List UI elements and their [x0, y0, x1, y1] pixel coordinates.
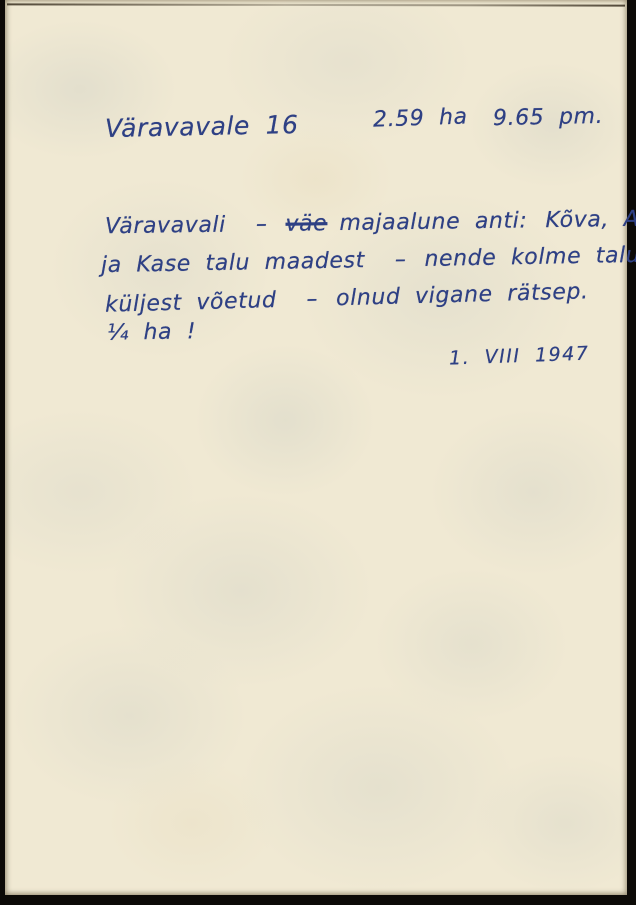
paper-card: Väravavale 16 2.59 ha 9.65 pm. Väravaval… [5, 0, 627, 895]
note-line-2-dash: – [395, 247, 407, 272]
note-line-3: küljest võetud – olnud vigane rätsep. [105, 279, 589, 317]
note-line-3-b: olnud vigane rätsep. [336, 279, 589, 311]
note-date: 1. VIII 1947 [449, 343, 590, 370]
note-title: Väravavale 16 [105, 110, 299, 143]
note-line-1-word: Väravavali [105, 213, 226, 240]
struck-word: väe [285, 211, 327, 237]
note-line-2-b: nende kolme talu [424, 243, 636, 272]
note-line-4-a: ¼ ha ! [107, 319, 197, 346]
note-line-1-rest: majaalune anti: [339, 208, 527, 236]
note-line-3-a: küljest võetud [105, 288, 277, 318]
note-line-1-dash: – [256, 212, 268, 237]
scan-edge-artifact [7, 3, 625, 6]
area-value-ha: 2.59 ha [373, 104, 468, 132]
note-line-2-a: ja Kase talu maadest [101, 248, 365, 278]
note-line-2: ja Kase talu maadest – nende kolme talu [101, 243, 636, 278]
note-line-1: Väravavali – väe majaalune anti: Kõva, A… [105, 206, 636, 240]
note-line-3-dash: – [306, 287, 318, 312]
scan-background: Väravavale 16 2.59 ha 9.65 pm. Väravaval… [0, 0, 636, 905]
note-line-4: ¼ ha ! [107, 319, 197, 346]
note-line-1-names: Kõva, Andruse [545, 206, 636, 233]
area-value-pm: 9.65 pm. [493, 104, 604, 131]
